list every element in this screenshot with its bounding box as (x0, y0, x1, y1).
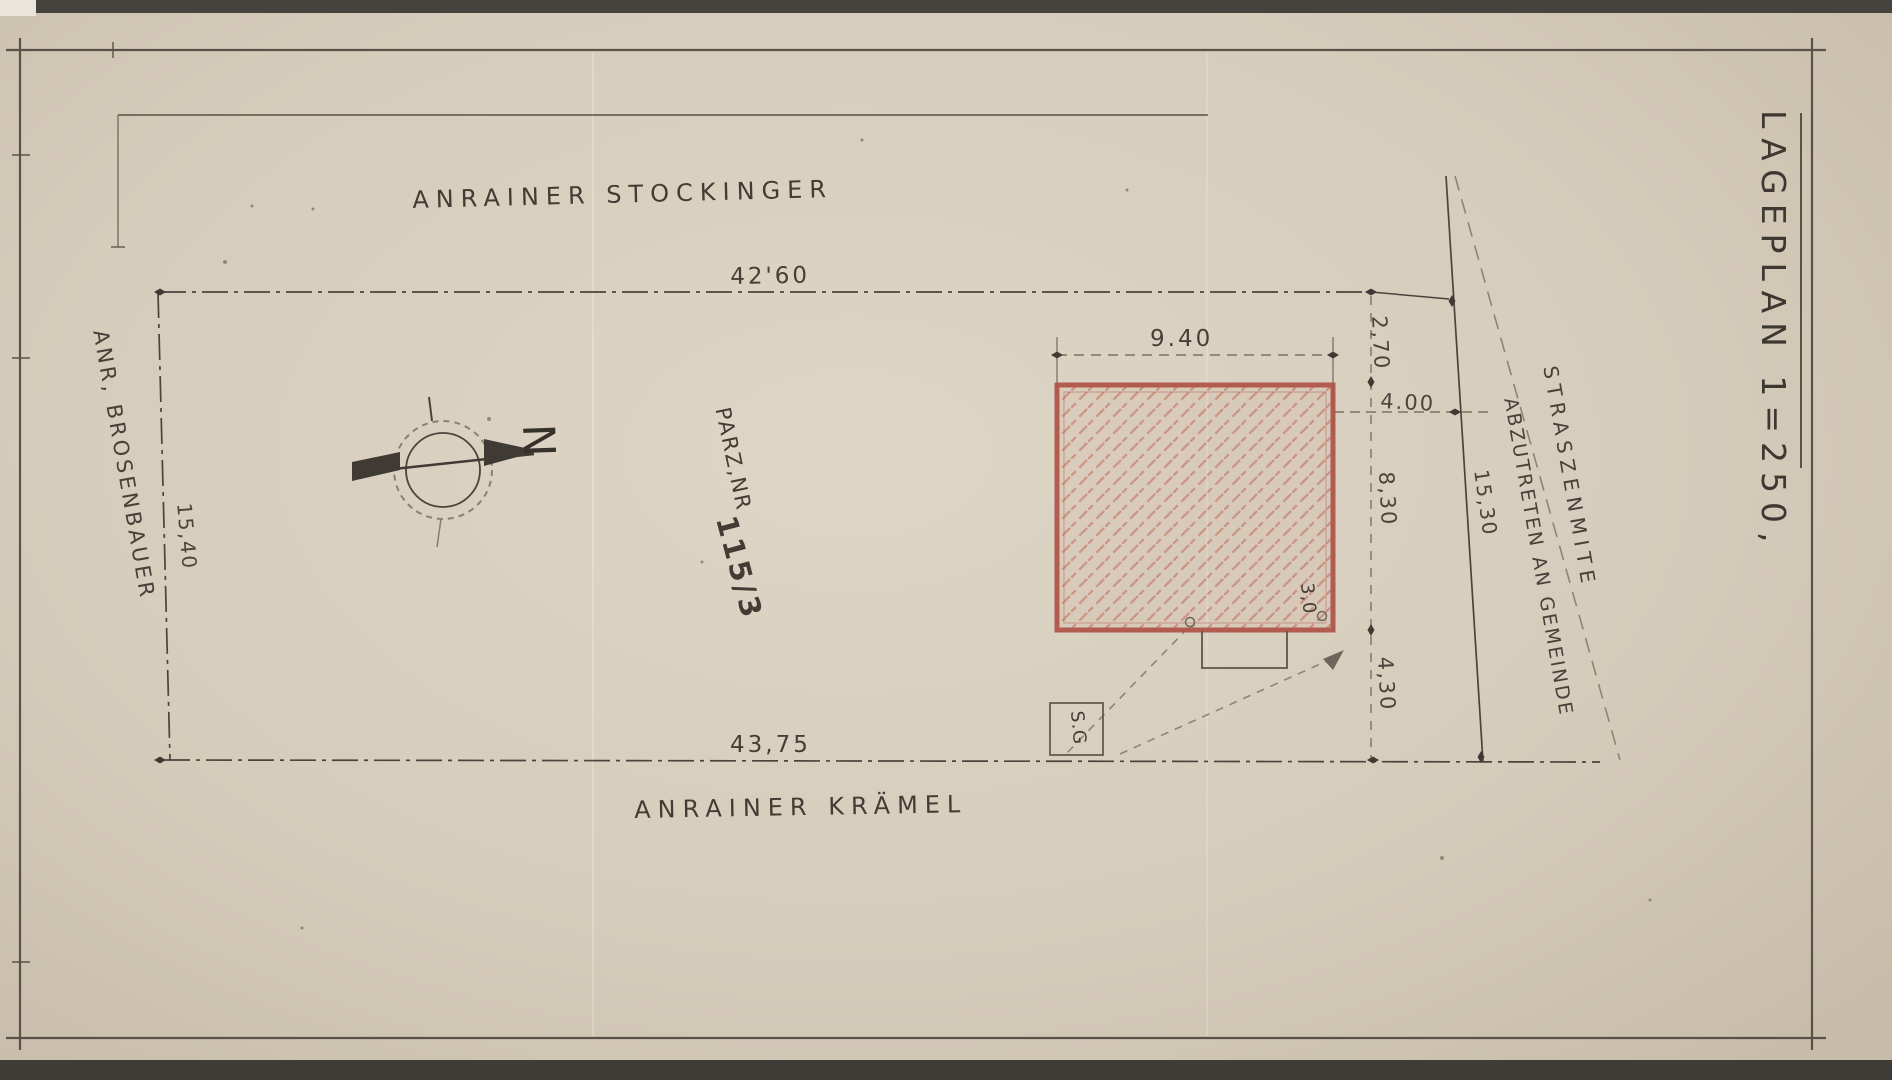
dim-building-width: 9.40 (1150, 326, 1213, 352)
north-letter: N (512, 423, 564, 458)
construction-lines (1064, 628, 1338, 756)
dim-offset-top: 2,70 (1367, 315, 1394, 371)
sg-box-label: S.G (1066, 710, 1090, 746)
scanned-site-plan: ANRAINER STOCKINGER 42'60 ANR, BROSENBAU… (0, 0, 1892, 1080)
north-arrow-tail-icon (352, 452, 400, 481)
site-plan-drawing (0, 0, 1892, 1080)
dim-street-setback: 4.00 (1380, 389, 1436, 416)
neighbor-label-bottom: ANRAINER KRÄMEL (634, 790, 968, 824)
sheet-frame (6, 38, 1826, 1050)
construction-arrowhead (1323, 650, 1344, 670)
dim-top-width: 42'60 (730, 263, 810, 290)
dim-building-depth: 8,30 (1374, 471, 1401, 527)
dim-offset-bottom: 4,30 (1373, 656, 1400, 712)
porch-outline (1202, 631, 1287, 668)
building-footprint (1057, 385, 1333, 630)
dim-bottom-width: 43,75 (730, 732, 811, 758)
drawing-title: LAGEPLAN 1=250, (1754, 110, 1793, 551)
north-compass (352, 397, 539, 547)
dim-corner: 3,0 (1296, 582, 1320, 615)
